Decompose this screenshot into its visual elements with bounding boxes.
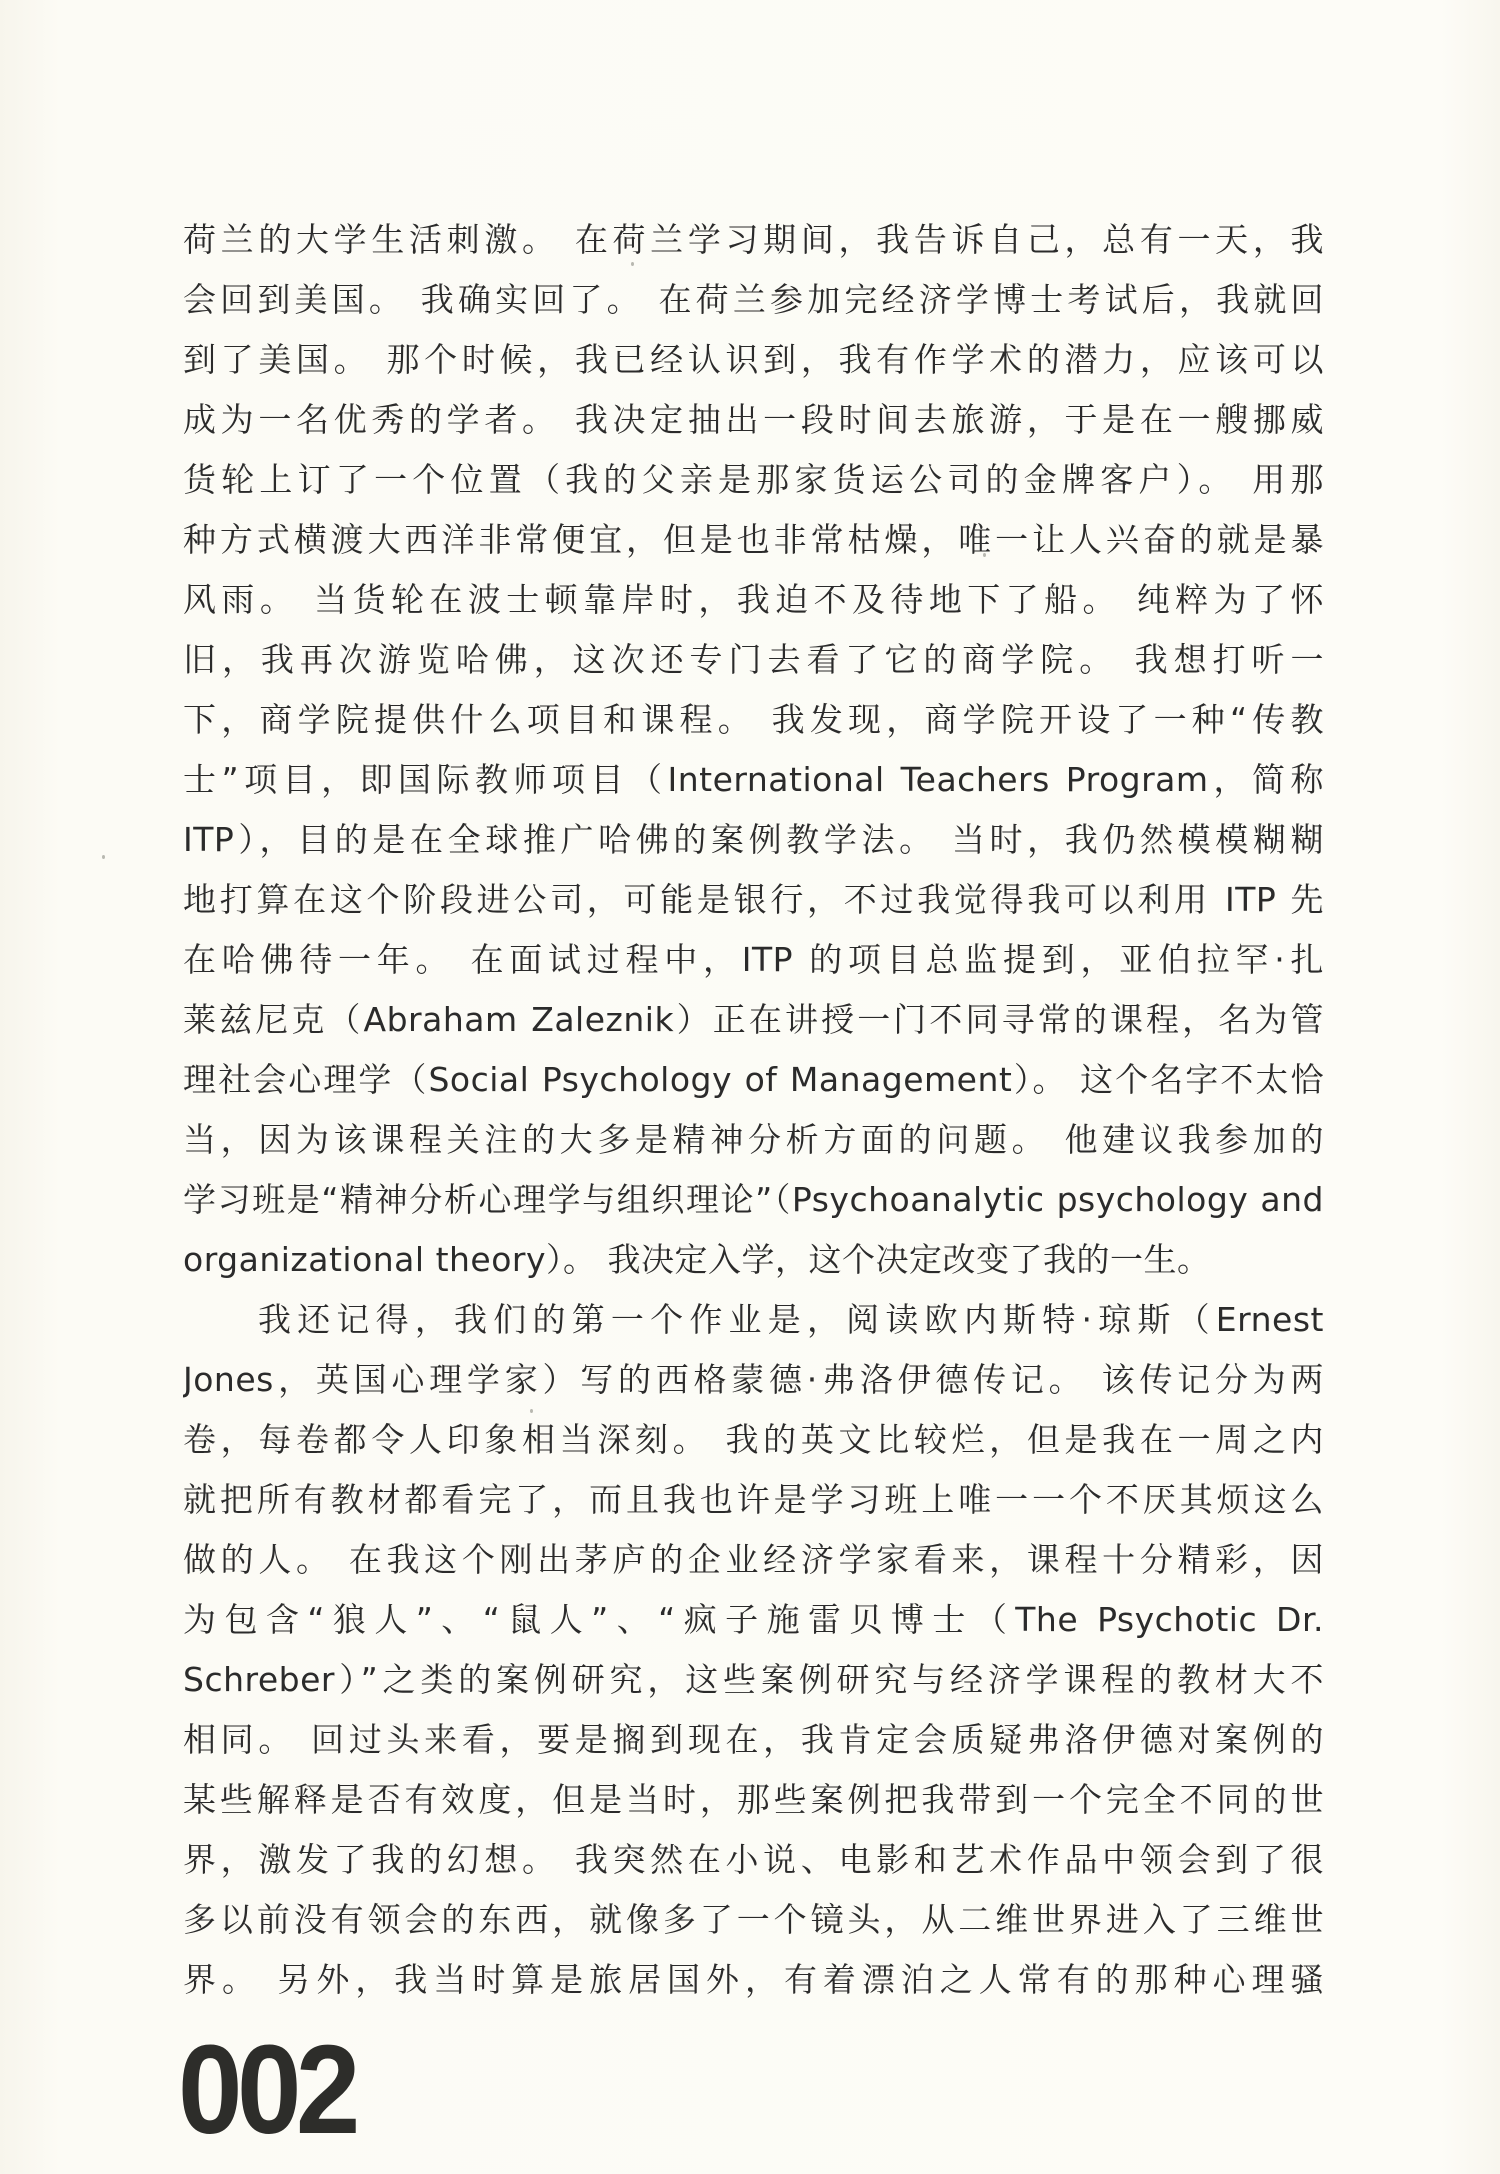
text-line: 成为一名优秀的学者。 我决定抽出一段时间去旅游，于是在一艘挪威 <box>183 390 1324 450</box>
text-line: 理社会心理学（Social Psychology of Management）。… <box>183 1050 1324 1110</box>
text-line: 界，激发了我的幻想。 我突然在小说、电影和艺术作品中领会到了很 <box>183 1830 1324 1890</box>
text-line: 种方式横渡大西洋非常便宜，但是也非常枯燥，唯一让人兴奋的就是暴 <box>183 510 1324 570</box>
text-line: 卷，每卷都令人印象相当深刻。 我的英文比较烂，但是我在一周之内 <box>183 1410 1324 1470</box>
scan-speck <box>102 855 105 859</box>
body-text: 荷兰的大学生活刺激。 在荷兰学习期间，我告诉自己，总有一天，我 会回到美国。 我… <box>183 210 1324 2010</box>
text-line: 风雨。 当货轮在波士顿靠岸时，我迫不及待地下了船。 纯粹为了怀 <box>183 570 1324 630</box>
scan-speck <box>530 1409 533 1413</box>
text-line: 相同。 回过头来看，要是搁到现在，我肯定会质疑弗洛伊德对案例的 <box>183 1710 1324 1770</box>
text-line: 在哈佛待一年。 在面试过程中，ITP 的项目总监提到，亚伯拉罕·扎 <box>183 930 1324 990</box>
text-line: 为包含“狼人”、“鼠人”、“疯子施雷贝博士（The Psychotic Dr. <box>183 1590 1324 1650</box>
text-line: 做的人。 在我这个刚出茅庐的企业经济学家看来，课程十分精彩，因 <box>183 1530 1324 1590</box>
text-line: 莱兹尼克（Abraham Zaleznik）正在讲授一门不同寻常的课程，名为管 <box>183 990 1324 1050</box>
text-line: 下，商学院提供什么项目和课程。 我发现，商学院开设了一种“传教 <box>183 690 1324 750</box>
text-line: 某些解释是否有效度，但是当时，那些案例把我带到一个完全不同的世 <box>183 1770 1324 1830</box>
text-line: 到了美国。 那个时候，我已经认识到，我有作学术的潜力，应该可以 <box>183 330 1324 390</box>
text-line: 旧，我再次游览哈佛，这次还专门去看了它的商学院。 我想打听一 <box>183 630 1324 690</box>
page-number: 002 <box>178 2030 355 2150</box>
scan-speck <box>631 262 634 266</box>
text-line: 会回到美国。 我确实回了。 在荷兰参加完经济学博士考试后，我就回 <box>183 270 1324 330</box>
text-line: 货轮上订了一个位置（我的父亲是那家货运公司的金牌客户）。 用那 <box>183 450 1324 510</box>
text-line: Jones，英国心理学家）写的西格蒙德·弗洛伊德传记。 该传记分为两 <box>183 1350 1324 1410</box>
text-line: 地打算在这个阶段进公司，可能是银行，不过我觉得我可以利用 ITP 先 <box>183 870 1324 930</box>
text-line: 多以前没有领会的东西，就像多了一个镜头，从二维世界进入了三维世 <box>183 1890 1324 1950</box>
paragraph-last-line: organizational theory）。 我决定入学，这个决定改变了我的一… <box>183 1230 1324 1290</box>
paragraph-first-line: 我还记得，我们的第一个作业是，阅读欧内斯特·琼斯（Ernest <box>183 1290 1324 1350</box>
text-line: 荷兰的大学生活刺激。 在荷兰学习期间，我告诉自己，总有一天，我 <box>183 210 1324 270</box>
text-line: ITP），目的是在全球推广哈佛的案例教学法。 当时，我仍然模模糊糊 <box>183 810 1324 870</box>
book-page: 荷兰的大学生活刺激。 在荷兰学习期间，我告诉自己，总有一天，我 会回到美国。 我… <box>0 0 1500 2174</box>
text-line: 界。 另外，我当时算是旅居国外，有着漂泊之人常有的那种心理骚 <box>183 1950 1324 2010</box>
text-line: 学习班是“精神分析心理学与组织理论”（Psychoanalytic psycho… <box>183 1170 1324 1230</box>
text-line: Schreber）”之类的案例研究，这些案例研究与经济学课程的教材大不 <box>183 1650 1324 1710</box>
text-line: 当，因为该课程关注的大多是精神分析方面的问题。 他建议我参加的 <box>183 1110 1324 1170</box>
scan-speck <box>983 553 986 557</box>
text-line: 就把所有教材都看完了，而且我也许是学习班上唯一一个不厌其烦这么 <box>183 1470 1324 1530</box>
text-line: 士”项目，即国际教师项目（International Teachers Prog… <box>183 750 1324 810</box>
